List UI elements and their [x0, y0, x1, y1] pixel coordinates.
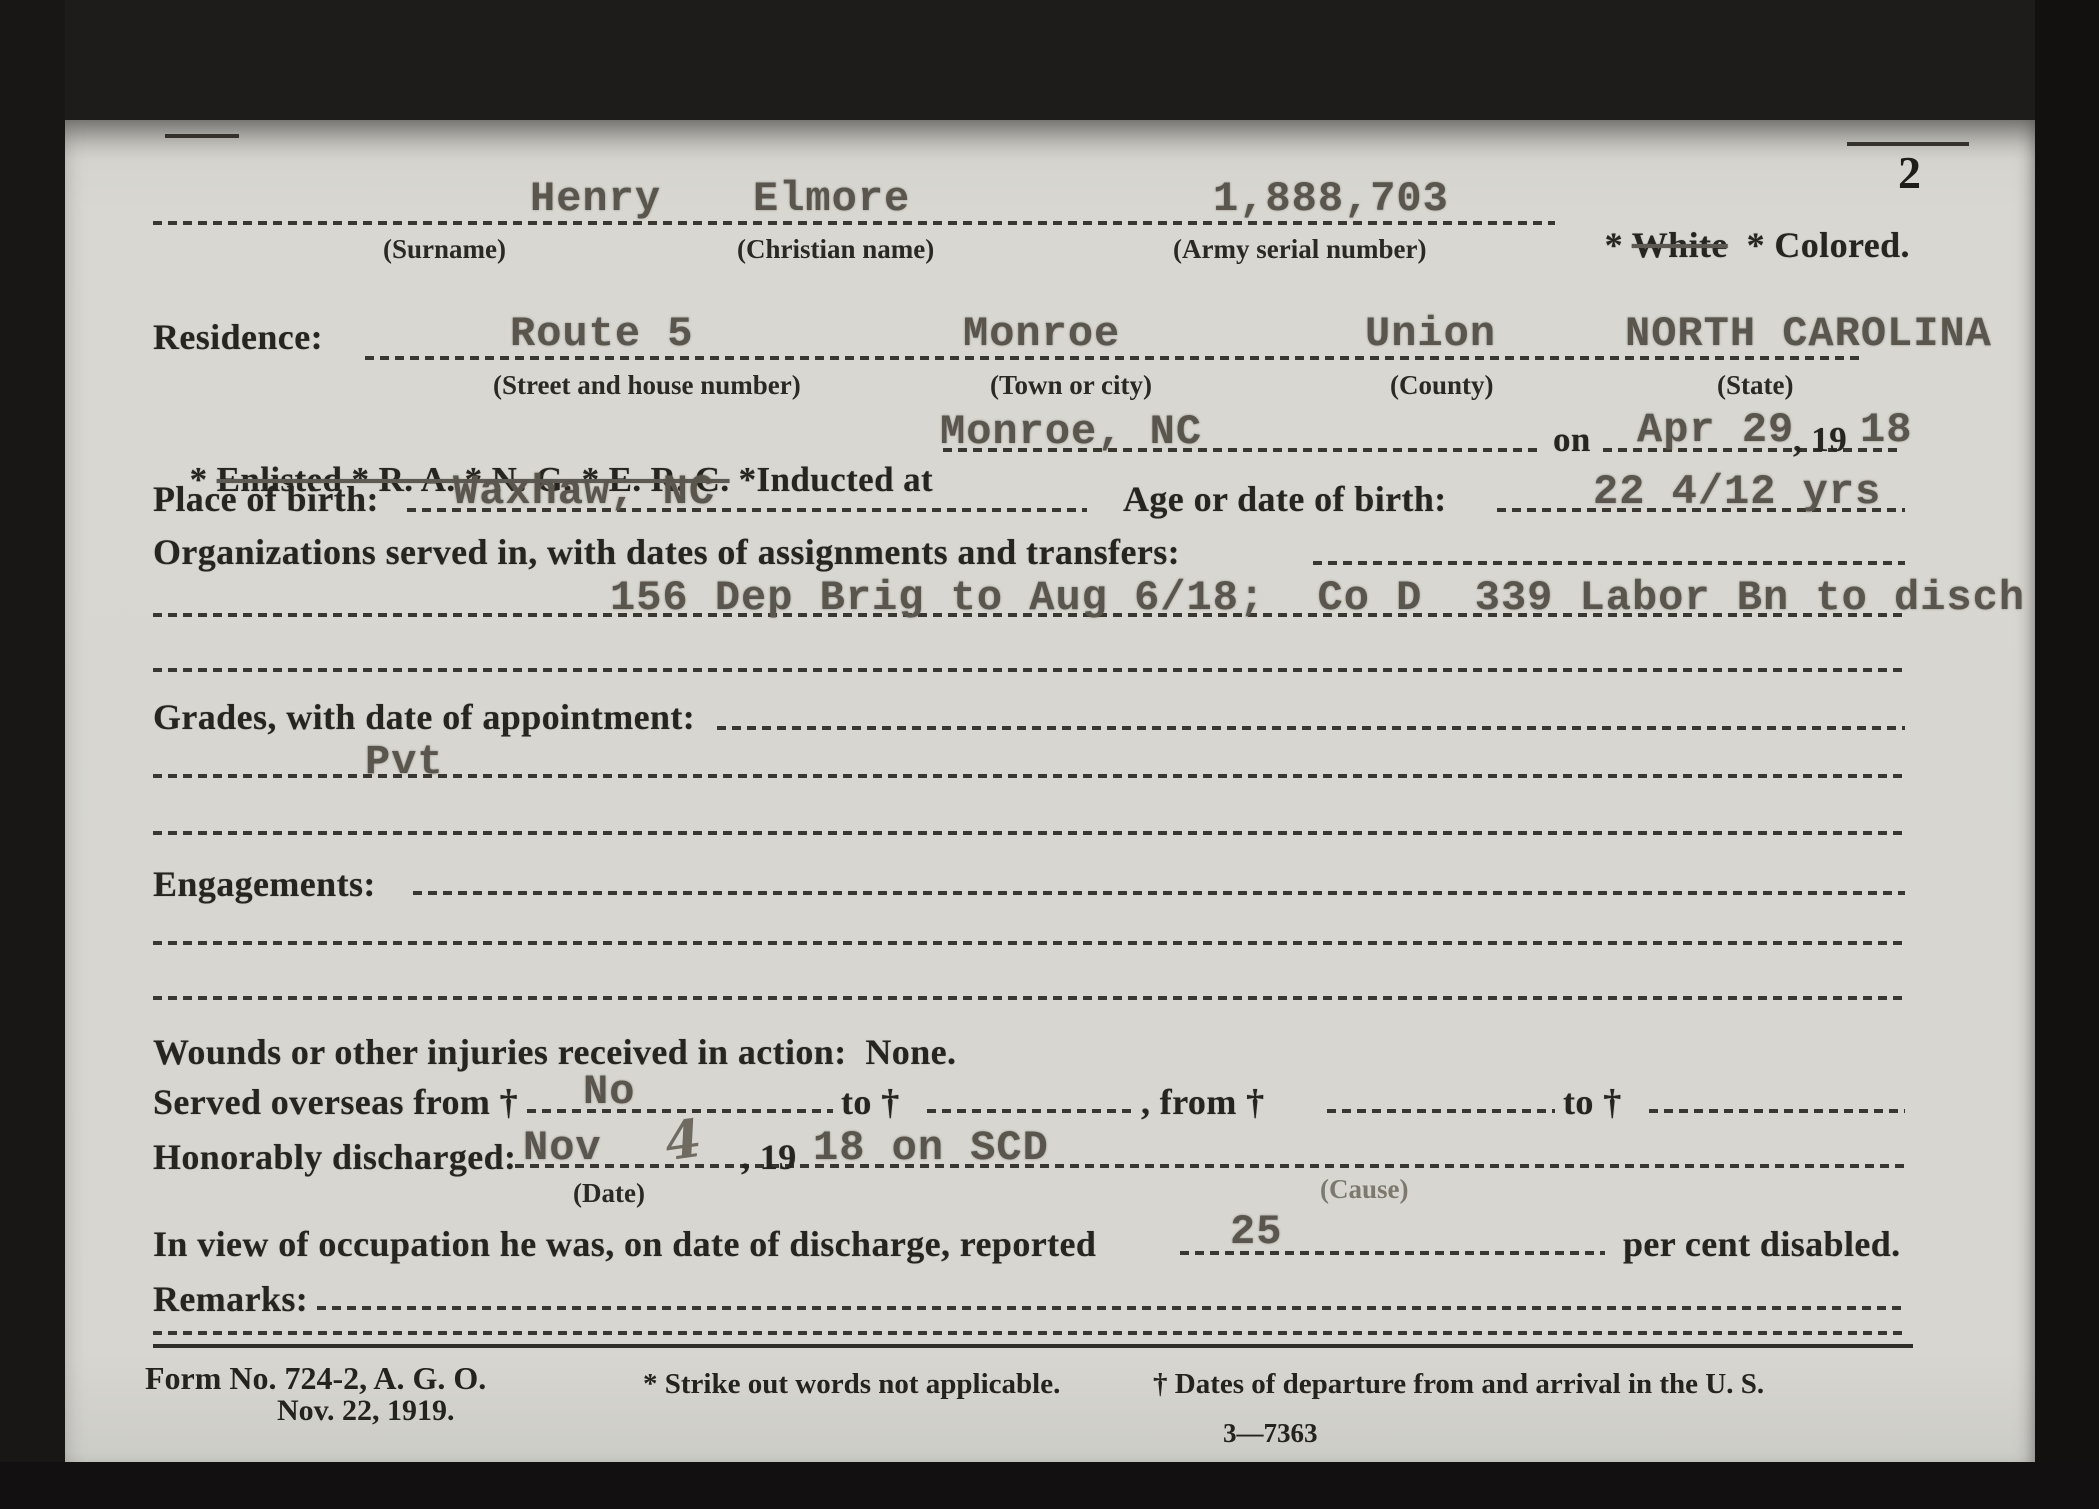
dagger-note: † Dates of departure from and arrival in…: [1153, 1368, 1764, 1401]
scan-border-right: [2035, 0, 2099, 1509]
induction-year-printed: , 19: [1793, 420, 1847, 460]
disability-label: In view of occupation he was, on date of…: [153, 1223, 1096, 1265]
service-record-card: 2 Henry Elmore 1,888,703 * White * Color…: [65, 120, 2035, 1462]
discharge-label: Honorably discharged:: [153, 1136, 516, 1178]
state-label: (State): [1717, 370, 1793, 401]
on-label: on: [1553, 420, 1591, 460]
inducted-at-label: *Inducted at: [729, 460, 933, 499]
organizations-line-3: [153, 668, 1905, 672]
serial-number-label: (Army serial number): [1173, 234, 1426, 265]
overseas-from-label: Served overseas from †: [153, 1081, 518, 1123]
scanned-record-page: { "colors":{ "background":"#1e1c1a", "pa…: [0, 0, 2099, 1509]
race-colored: * Colored.: [1728, 225, 1910, 265]
overseas-line-3: [1327, 1109, 1555, 1113]
remarks-line: [317, 1306, 1905, 1310]
scan-border-top: [0, 0, 2099, 120]
print-code: 3—7363: [1223, 1418, 1318, 1449]
scan-border-left: [0, 0, 65, 1509]
remarks-label: Remarks:: [153, 1278, 308, 1320]
grade-value: Pvt: [365, 738, 444, 786]
induction-place-line: [943, 448, 1543, 452]
overseas-line-4: [1649, 1109, 1905, 1113]
county-label: (County): [1390, 370, 1494, 401]
age-value: 22 4/12 yrs: [1593, 468, 1881, 516]
organizations-label: Organizations served in, with dates of a…: [153, 531, 1180, 573]
grades-label: Grades, with date of appointment:: [153, 696, 695, 738]
town-value: Monroe: [963, 310, 1120, 358]
discharge-month-value: Nov: [523, 1124, 602, 1172]
overseas-from-label-2: , from †: [1141, 1081, 1265, 1123]
county-value: Union: [1365, 310, 1496, 358]
form-number: Form No. 724-2, A. G. O.: [145, 1360, 486, 1397]
discharge-year-printed: , 19: [741, 1136, 797, 1178]
race-star: *: [1605, 225, 1632, 265]
engagements-line-2: [153, 941, 1905, 945]
birthplace-value: Waxhaw, NC: [453, 468, 715, 516]
race-designation: * White * Colored.: [1567, 182, 1910, 308]
street-label: (Street and house number): [493, 370, 801, 401]
disability-suffix: per cent disabled.: [1623, 1223, 1901, 1265]
overseas-to-label-1: to †: [841, 1081, 900, 1123]
age-label: Age or date of birth:: [1123, 478, 1447, 520]
birthplace-label: Place of birth:: [153, 478, 379, 520]
engagements-line-1: [413, 891, 1905, 895]
induction-year-value: 18: [1860, 406, 1912, 454]
wounds-label: Wounds or other injuries received in act…: [153, 1031, 956, 1073]
town-label: (Town or city): [990, 370, 1152, 401]
scan-border-bottom: [0, 1462, 2099, 1509]
street-value: Route 5: [510, 310, 693, 358]
surname-value: Henry: [530, 175, 661, 223]
grades-line-3: [153, 831, 1905, 835]
organizations-value: 156 Dep Brig to Aug 6/18; Co D 339 Labor…: [610, 574, 2025, 622]
engagements-line-3: [153, 996, 1905, 1000]
grades-line-1: [717, 726, 1905, 730]
form-date: Nov. 22, 1919.: [277, 1394, 455, 1428]
engagements-label: Engagements:: [153, 863, 376, 905]
residence-label: Residence:: [153, 316, 323, 358]
induction-date-value: Apr 29: [1637, 406, 1794, 454]
overseas-to-label-2: to †: [1563, 1081, 1622, 1123]
surname-label: (Surname): [383, 234, 506, 265]
disability-value: 25: [1230, 1208, 1282, 1256]
bottom-blank-line: [153, 1331, 1907, 1335]
organizations-line-1: [1313, 561, 1905, 565]
overseas-line-2: [927, 1109, 1135, 1113]
christian-name-value: Elmore: [753, 175, 910, 223]
overseas-from-value: No: [583, 1068, 635, 1116]
christian-name-label: (Christian name): [737, 234, 934, 265]
strike-note: * Strike out words not applicable.: [643, 1368, 1060, 1401]
discharge-year-cause-value: 18 on SCD: [813, 1124, 1049, 1172]
state-value: NORTH CAROLINA: [1625, 310, 1992, 358]
corner-mark: [165, 134, 239, 138]
footer-rule: [153, 1344, 1913, 1348]
serial-number-value: 1,888,703: [1213, 175, 1449, 223]
race-white-struck: White: [1632, 225, 1728, 265]
discharge-line: [515, 1164, 1905, 1168]
discharge-day-value: 4: [661, 1108, 705, 1173]
discharge-cause-label: (Cause): [1320, 1174, 1409, 1205]
discharge-date-label: (Date): [573, 1178, 645, 1209]
